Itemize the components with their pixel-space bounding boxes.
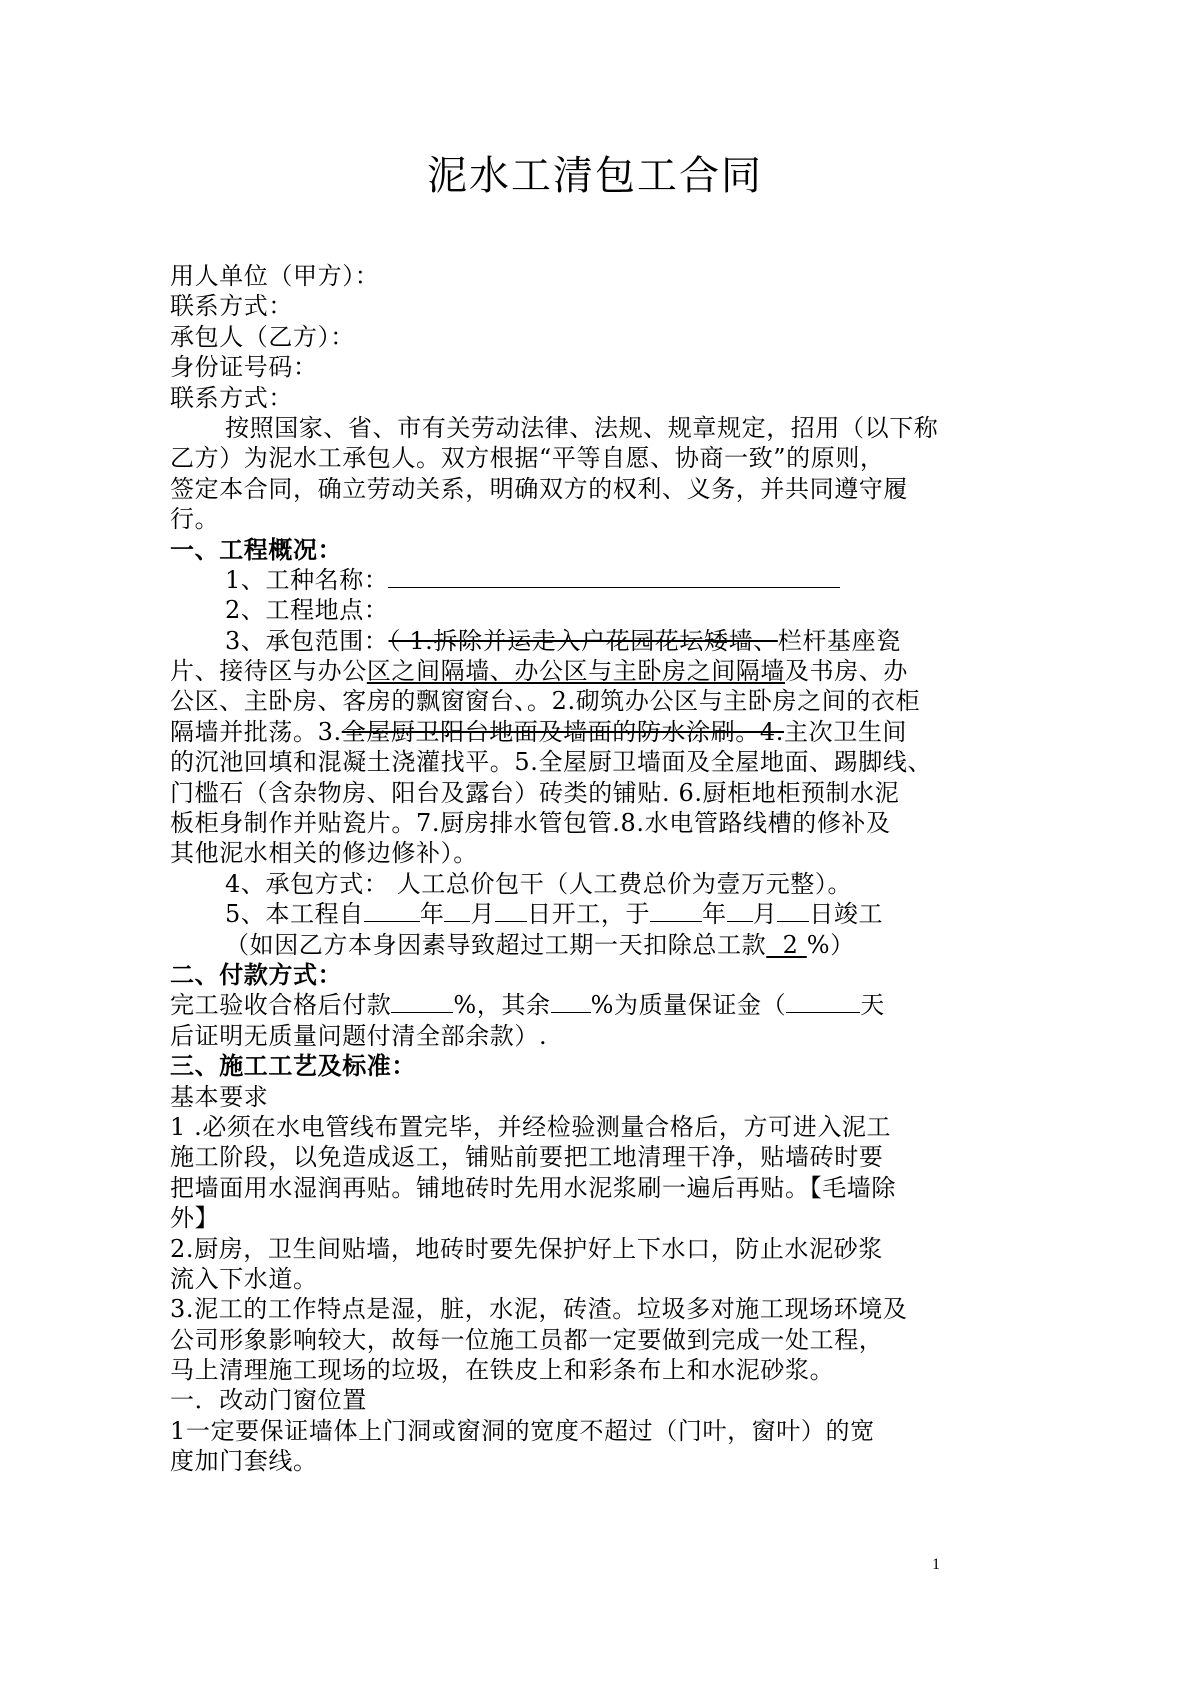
section-1-heading: 一、工程概况： xyxy=(170,535,960,565)
document-body: 用人单位（甲方）： 联系方式： 承包人（乙方）： 身份证号码： 联系方式： 按照… xyxy=(170,261,960,1477)
penalty-value: 2 xyxy=(766,931,807,959)
payment-text: %为质量保证金（ xyxy=(591,991,787,1019)
schedule-line: 5、本工程自年月日开工，于年月日竣工 xyxy=(170,899,960,929)
end-month-blank xyxy=(727,899,753,922)
document-page: 泥水工清包工合同 用人单位（甲方）： 联系方式： 承包人（乙方）： 身份证号码：… xyxy=(0,0,1190,1683)
month-label: 月 xyxy=(470,900,495,928)
end-year-blank xyxy=(650,899,702,922)
scope-line: 隔墙并批荡。3.全屋厨卫阳台地面及墙面的防水涂刷。4.主次卫生间 xyxy=(170,717,960,747)
requirement-line: 1一定要保证墙体上门洞或窗洞的宽度不超过（门叶，窗叶）的宽 xyxy=(170,1416,960,1446)
scope-underlined-text: 区之间隔墙、办公区与主卧房之间隔墙 xyxy=(367,657,785,685)
work-site-label: 2、工程地点： xyxy=(170,595,960,625)
preamble-line: 乙方）为泥水工承包人。双方根据“平等自愿、协商一致”的原则， xyxy=(170,443,960,473)
month-label: 月 xyxy=(753,900,778,928)
payment-line: 完工验收合格后付款%，其余%为质量保证金（天 xyxy=(170,990,960,1020)
penalty-line: （如因乙方本身因素导致超过工期一天扣除总工款 2 %） xyxy=(170,930,960,960)
requirement-line: 公司形象影响较大，故每一位施工员都一定要做到完成一处工程， xyxy=(170,1325,960,1355)
payment-text: 天 xyxy=(860,991,885,1019)
employer-contact-label: 联系方式： xyxy=(170,291,960,321)
scope-line: 片、接待区与办公区之间隔墙、办公区与主卧房之间隔墙及书房、办 xyxy=(170,656,960,686)
preamble-line: 按照国家、省、市有关劳动法律、法规、规章规定，招用（以下称 xyxy=(170,413,960,443)
start-year-blank xyxy=(364,899,420,922)
contractor-contact-label: 联系方式： xyxy=(170,383,960,413)
scope-struck-text: 全屋厨卫阳台地面及墙面的防水涂刷。4. xyxy=(342,718,784,746)
year-label: 年 xyxy=(702,900,727,928)
contractor-label: 承包人（乙方）： xyxy=(170,322,960,352)
requirement-line: 3.泥工的工作特点是湿，脏，水泥，砖渣。垃圾多对施工现场环境及 xyxy=(170,1294,960,1324)
payment-text: %，其余 xyxy=(453,991,550,1019)
retention-days-blank xyxy=(786,990,860,1013)
scope-text: 主次卫生间 xyxy=(784,718,907,746)
scope-text: 片、接待区与办公 xyxy=(170,657,367,685)
work-type-row: 1、工种名称： xyxy=(170,565,960,595)
door-window-subheading: 一．改动门窗位置 xyxy=(170,1385,960,1415)
requirement-line: 把墙面用水湿润再贴。铺地砖时先用水泥浆刷一遍后再贴。【毛墙除 xyxy=(170,1173,960,1203)
scope-struck-text: （ 1.拆除并运走入户花园花坛矮墙、 xyxy=(388,627,777,655)
start-label: 日开工，于 xyxy=(527,900,650,928)
end-day-blank xyxy=(777,899,809,922)
requirement-line: 流入下水道。 xyxy=(170,1264,960,1294)
start-day-blank xyxy=(495,899,527,922)
employer-label: 用人单位（甲方）： xyxy=(170,261,960,291)
work-type-label: 1、工种名称： xyxy=(225,566,388,594)
requirement-line: 度加门套线。 xyxy=(170,1446,960,1476)
year-label: 年 xyxy=(420,900,445,928)
requirement-line: 1 .必须在水电管线布置完毕，并经检验测量合格后，方可进入泥工 xyxy=(170,1112,960,1142)
scope-line: 其他泥水相关的修边修补）。 xyxy=(170,838,960,868)
id-number-label: 身份证号码： xyxy=(170,352,960,382)
preamble-line: 签定本合同，确立劳动关系，明确双方的权利、义务，并共同遵守履 xyxy=(170,474,960,504)
scope-line: 公区、主卧房、客房的飘窗窗台、。2.砌筑办公区与主卧房之间的衣柜 xyxy=(170,686,960,716)
scope-label: 3、承包范围： xyxy=(225,627,388,655)
preamble-line: 行。 xyxy=(170,504,960,534)
start-month-blank xyxy=(444,899,470,922)
scope-line: 3、承包范围：（ 1.拆除并运走入户花园花坛矮墙、栏杆基座瓷 xyxy=(170,626,960,656)
payment-text: 完工验收合格后付款 xyxy=(170,991,391,1019)
section-3-heading: 三、施工工艺及标准： xyxy=(170,1051,960,1081)
requirement-line: 外】 xyxy=(170,1203,960,1233)
basic-requirements-subheading: 基本要求 xyxy=(170,1082,960,1112)
page-number: 1 xyxy=(932,1556,940,1574)
penalty-text: %） xyxy=(807,931,855,959)
scope-line: 门槛石（含杂物房、阳台及露台）砖类的铺贴. 6.厨柜地柜预制水泥 xyxy=(170,778,960,808)
retention-percent-blank xyxy=(551,990,591,1013)
document-title: 泥水工清包工合同 xyxy=(0,148,1190,204)
scope-text: 及书房、办 xyxy=(785,657,908,685)
requirement-line: 施工阶段，以免造成返工，铺贴前要把工地清理干净，贴墙砖时要 xyxy=(170,1142,960,1172)
section-2-heading: 二、付款方式： xyxy=(170,960,960,990)
scope-line: 的沉池回填和混凝土浇灌找平。5.全屋厨卫墙面及全屋地面、踢脚线、 xyxy=(170,747,960,777)
scope-line: 板柜身制作并贴瓷片。7.厨房排水管包管.8.水电管路线槽的修补及 xyxy=(170,808,960,838)
requirement-line: 马上清理施工现场的垃圾，在铁皮上和彩条布上和水泥砂浆。 xyxy=(170,1355,960,1385)
scope-text: 栏杆基座瓷 xyxy=(778,627,901,655)
contract-method: 4、承包方式： 人工总价包干（人工费总价为壹万元整）。 xyxy=(170,869,960,899)
schedule-prefix: 5、本工程自 xyxy=(225,900,364,928)
scope-text: 隔墙并批荡。3. xyxy=(170,718,342,746)
payment-line: 后证明无质量问题付清全部余款）. xyxy=(170,1021,960,1051)
requirement-line: 2.厨房，卫生间贴墙，地砖时要先保护好上下水口，防止水泥砂浆 xyxy=(170,1234,960,1264)
work-type-blank xyxy=(388,565,840,588)
payment-percent-blank xyxy=(391,990,453,1013)
end-label: 日竣工 xyxy=(809,900,883,928)
penalty-text: （如因乙方本身因素导致超过工期一天扣除总工款 xyxy=(225,931,766,959)
